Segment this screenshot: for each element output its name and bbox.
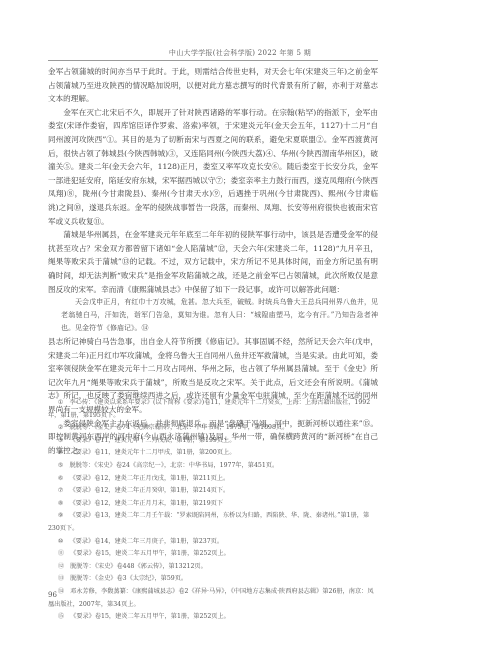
footnote-number: ⑦: [58, 487, 64, 494]
footnote-text: 《要录》卷12，建炎二年正月戊戌，第1册，第211页上。: [69, 475, 229, 482]
footnote: ⑧《要录》卷12，建炎二年正月月末，第1册，第219页下: [48, 498, 378, 511]
running-head: 中山大学学报(社会科学版) 2022 年第 5 期: [0, 48, 480, 58]
footnote-number: ⑪: [58, 550, 64, 557]
footnote-text: 《要录》卷12，建炎二年正月癸卯，第1册，第214页下。: [69, 487, 229, 494]
footnote: ⑥《要录》卷12，建炎二年正月戊戌，第1册，第211页上。: [48, 473, 378, 486]
footnote-number: ④: [58, 449, 64, 456]
footnote: ②脱脱等：《金史》卷74《完颜宗翰传》，北京：中华书局，1975年，第1698页…: [48, 422, 378, 435]
footnote: ⑬脱脱等：《金史》卷3《太宗纪》，第59页。: [48, 573, 378, 586]
footnote-number: ⑤: [58, 462, 64, 469]
footnote-text: 脱脱等：《金史》卷74《完颜宗翰传》，北京：中华书局，1975年，第1698页。: [69, 424, 288, 431]
footnote-text: 《要录》卷11，建炎元年十二月甲戌，第1册，第200页上。: [69, 449, 235, 456]
block-quote: 天会戊申正月，有红巾十万攻城，危甚。忽大兵至，破贼。时统兵乌鲁大王总兵同州界八鱼…: [48, 296, 378, 335]
footnote: ⑭邓永芳修，李馥蒸纂：《康熙蒲城县志》卷2《祥异·马异》，《中国地方志集成·陕西…: [48, 586, 378, 611]
footnote-number: ⑭: [58, 588, 64, 595]
paragraph-1: 金军占领蒲城的时间亦当早于此时。于此，则需结合传世史料，对天会七年(宋建炎三年)…: [48, 65, 378, 106]
footnote-number: ⑨: [58, 512, 64, 519]
footnotes: ①李心传：《建炎以来系年要录》(以下简称《要录》)卷11，建炎元年十二月癸亥，上…: [48, 397, 378, 624]
footnote-text: 《要录》卷14，建炎二年三月庚子，第1册，第237页。: [69, 538, 223, 545]
footnote-number: ⑫: [58, 563, 64, 570]
footnote: ①李心传：《建炎以来系年要录》(以下简称《要录》)卷11，建炎元年十二月癸亥，上…: [48, 397, 378, 422]
footnote: ⑮《要录》卷15，建炎二年五月甲午，第1册，第252页上。: [48, 611, 378, 624]
footnote-text: 脱脱等：《宋史》卷448《郭云传》，第13212页。: [70, 563, 207, 570]
footnote-text: 邓永芳修，李馥蒸纂：《康熙蒲城县志》卷2《祥异·马异》，《中国地方志集成·陕西府…: [48, 588, 374, 608]
footnote: ⑨《要录》卷13，建炎二年二月壬午载：“罗索既陷同州，东桥以为归路，西陷陕、华、…: [48, 510, 378, 535]
footnote: ⑪《要录》卷15，建炎二年五月甲午，第1册，第252页上。: [48, 548, 378, 561]
footnote-rule: [48, 390, 138, 391]
footnote-number: ①: [58, 399, 64, 406]
footnote: ④《要录》卷11，建炎元年十二月甲戌，第1册，第200页上。: [48, 447, 378, 460]
footnote-number: ⑧: [58, 500, 64, 507]
footnote-number: ⑬: [58, 575, 64, 582]
footnote-text: 李心传：《建炎以来系年要录》(以下简称《要录》)卷11，建炎元年十二月癸亥，上海…: [48, 399, 370, 419]
block-quote-text: 天会戊申正月，有红巾十万攻城，危甚。忽大兵至，破贼。时统兵乌鲁大王总兵同州界八鱼…: [61, 296, 378, 335]
footnote-text: 《要录》卷12，建炎二年正月月末，第1册，第219页下: [69, 500, 223, 507]
footnote-text: 《要录》卷13，建炎二年二月壬午载：“罗索既陷同州，东桥以为归路，西陷陕、华、陇…: [48, 512, 369, 532]
footnote: ⑫脱脱等：《宋史》卷448《郭云传》，第13212页。: [48, 561, 378, 574]
footnote-number: ③: [58, 437, 64, 444]
paragraph-3: 蒲城是华州属县，在金军建炎元年年底至二年年初的侵陕军事行动中，该县是否遭受金军的…: [48, 228, 378, 296]
footnote-number: ②: [58, 424, 64, 431]
paragraph-2: 金军在灭亡北宋后不久，即展开了针对陕西诸路的军事行动。在宗翰(粘罕)的指派下，金…: [48, 106, 378, 228]
footnote: ③《要录》卷11，建炎元年十二月戊辰，第1册，第199页上。: [48, 435, 378, 448]
footnote-text: 《要录》卷15，建炎二年五月甲午，第1册，第252页上。: [70, 613, 230, 620]
footnote-text: 《要录》卷15，建炎二年五月甲午，第1册，第252页上。: [70, 550, 230, 557]
footnote: ⑤脱脱等：《宋史》卷24《高宗纪一》，北京：中华书局，1977年，第451页。: [48, 460, 378, 473]
footnote-number: ⑥: [58, 475, 64, 482]
footnote-number: ⑩: [58, 538, 64, 545]
header-rule: [48, 60, 378, 61]
footnote-text: 《要录》卷11，建炎元年十二月戊辰，第1册，第199页上。: [69, 437, 235, 444]
footnote-text: 脱脱等：《金史》卷3《太宗纪》，第59页。: [70, 575, 187, 582]
page-number: 96: [48, 591, 57, 599]
footnote: ⑦《要录》卷12，建炎二年正月癸卯，第1册，第214页下。: [48, 485, 378, 498]
footnote: ⑩《要录》卷14，建炎二年三月庚子，第1册，第237页。: [48, 536, 378, 549]
footnote-text: 脱脱等：《宋史》卷24《高宗纪一》，北京：中华书局，1977年，第451页。: [69, 462, 278, 469]
footnote-number: ⑮: [58, 613, 64, 620]
